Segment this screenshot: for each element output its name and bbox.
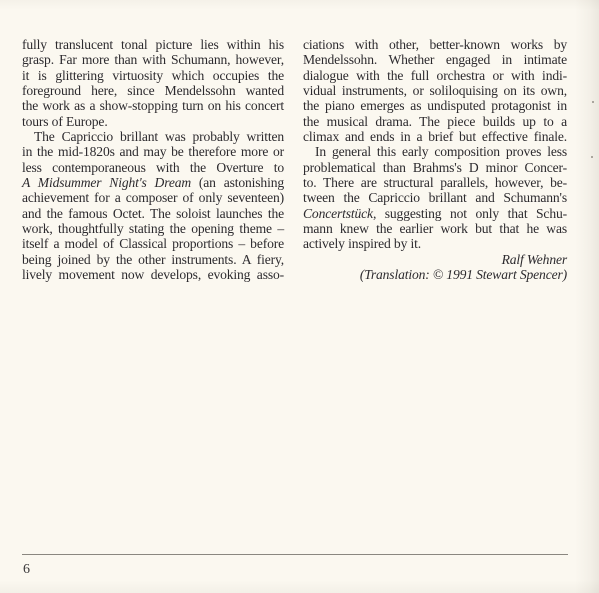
text-line: lively movement now develops, evoking as… (22, 267, 284, 282)
text-line: to. There are structural parallels, howe… (303, 175, 567, 190)
text-line: climax and ends in a brief but effective… (303, 129, 567, 144)
text-line: ciations with other, better-known works … (303, 37, 567, 52)
scan-speck (591, 156, 593, 158)
text-line: tween the Capriccio brillant and Schuman… (303, 190, 567, 205)
text-line: In general this early composition proves… (303, 144, 567, 159)
text-line: actively inspired by it. (303, 236, 567, 251)
scan-speck (592, 101, 594, 103)
text-line: mann knew the earlier work but that he w… (303, 221, 567, 236)
left-column: fully translucent tonal picture lies wit… (22, 37, 284, 283)
text-line: the work as a show-stopping turn on his … (22, 98, 284, 113)
text-line: itself a model of Classical proportions … (22, 236, 284, 251)
translation-credit: (Translation: © 1991 Stewart Spencer) (303, 267, 567, 282)
work-title: A Midsummer Night's Dream (22, 175, 191, 190)
text-line: and the famous Octet. The soloist launch… (22, 206, 284, 221)
right-column: ciations with other, better-known works … (303, 37, 567, 283)
text-fragment: , suggesting not only that Schu- (373, 206, 567, 221)
text-line: being joined by the other instruments. A… (22, 252, 284, 267)
text-line: achievement for a composer of only seven… (22, 190, 284, 205)
page-number: 6 (23, 562, 30, 578)
text-line: work, thoughtfully stating the opening t… (22, 221, 284, 236)
text-line: foreground here, since Mendelssohn wante… (22, 83, 284, 98)
text-line: The Capriccio brillant was probably writ… (22, 129, 284, 144)
text-line: problematical than Brahms's D minor Conc… (303, 160, 567, 175)
text-line: the musical drama. The piece builds up t… (303, 114, 567, 129)
text-line: dialogue with the full orchestra or with… (303, 68, 567, 83)
text-line-with-title: Concertstück, suggesting not only that S… (303, 206, 567, 221)
text-line: less contemporaneous with the Overture t… (22, 160, 284, 175)
text-line: vidual instruments, or soliloquising on … (303, 83, 567, 98)
text-line-with-title: A Midsummer Night's Dream (an astonishin… (22, 175, 284, 190)
text-line: Mendelssohn. Whether engaged in intimate (303, 52, 567, 67)
text-line: the piano emerges as undisputed protagon… (303, 98, 567, 113)
text-fragment: (an astonishing (199, 175, 284, 190)
text-line: grasp. Far more than with Schumann, howe… (22, 52, 284, 67)
author-credit: Ralf Wehner (303, 252, 567, 267)
text-line: tours of Europe. (22, 114, 284, 129)
footer-rule (22, 554, 568, 555)
text-line: in the mid-1820s and may be therefore mo… (22, 144, 284, 159)
text-line: fully translucent tonal picture lies wit… (22, 37, 284, 52)
work-title: Concertstück (303, 206, 373, 221)
text-line: it is glittering virtuosity which occupi… (22, 68, 284, 83)
